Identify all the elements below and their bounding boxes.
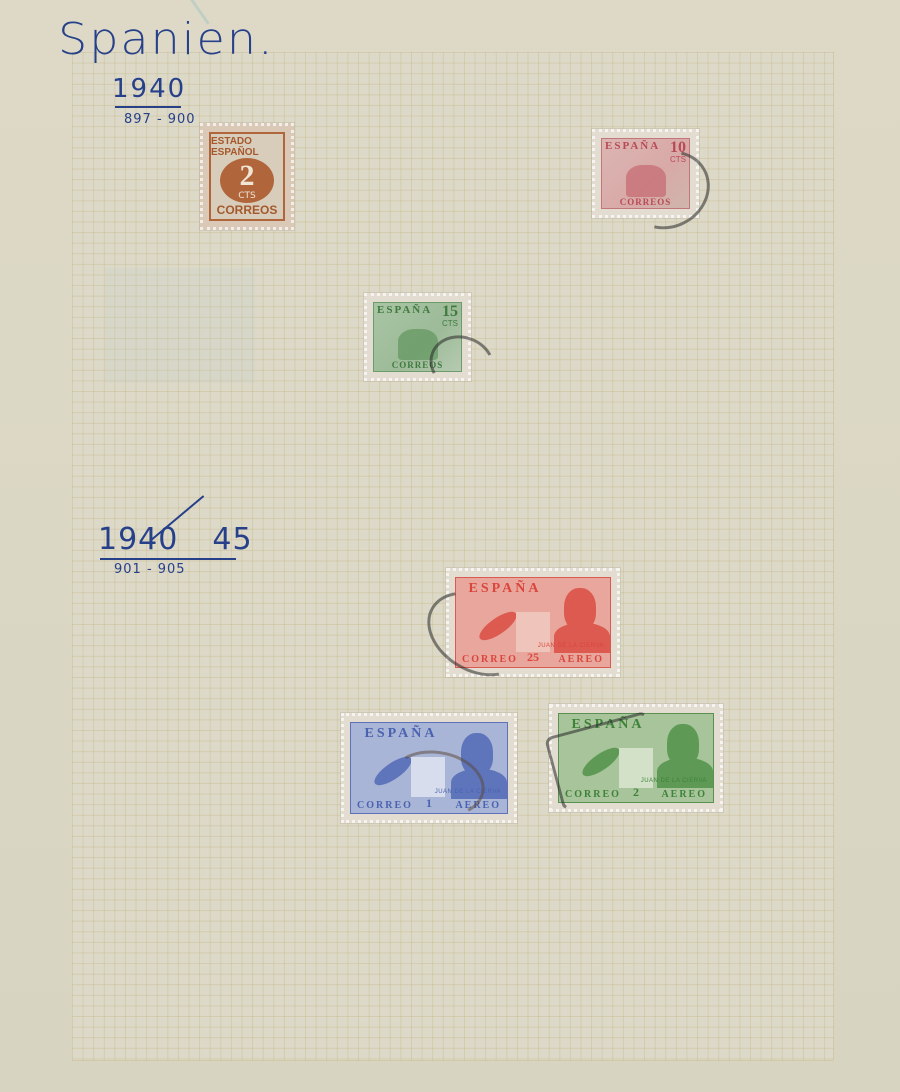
stamp-footer: CORREOS xyxy=(217,203,278,217)
stamp-10-cts[interactable]: ESPAÑA 10 CTS CORREOS xyxy=(592,129,699,218)
year-end: 45 xyxy=(212,522,252,557)
section-year-1940: 1940 xyxy=(112,74,186,104)
portrait-name: JUAN DE LA CIERVA xyxy=(641,778,707,784)
stamp-value: 2 xyxy=(240,161,255,191)
catalog-range-1: 897 - 900 xyxy=(124,112,196,127)
stamp-airmail-green[interactable]: ESPAÑA JUAN DE LA CIERVA CORREO AEREO 2 xyxy=(549,704,723,812)
stamp-2-cts[interactable]: ESTADO ESPAÑOL 2 CTS CORREOS xyxy=(200,123,294,230)
stamp-header: ESPAÑA xyxy=(365,726,438,742)
catalog-range-2: 901 - 905 xyxy=(114,562,186,577)
stamp-header: ESTADO ESPAÑOL xyxy=(211,136,283,158)
stamp-unit: CTS xyxy=(238,191,256,201)
stamp-header: ESPAÑA xyxy=(605,140,660,152)
stamp-15-cts[interactable]: ESPAÑA 15 CTS CORREOS xyxy=(364,293,471,381)
horseman-illustration xyxy=(626,165,666,197)
left-footer: CORREO xyxy=(565,789,621,800)
page-title: Spanien. xyxy=(58,13,275,64)
horseman-illustration xyxy=(398,329,438,360)
stamp-value: 15 xyxy=(442,304,458,320)
stamp-unit: CTS xyxy=(670,156,686,164)
stamp-value: 2 xyxy=(633,785,639,800)
value-circle: 2 CTS xyxy=(220,158,274,203)
year-underline-2 xyxy=(100,558,236,560)
stamp-footer: CORREOS xyxy=(392,360,444,371)
stamp-airmail-red[interactable]: ESPAÑA JUAN DE LA CIERVA CORREO AEREO 25 xyxy=(446,568,620,677)
right-footer: AEREO xyxy=(661,789,707,800)
stamp-header: ESPAÑA xyxy=(377,304,432,316)
album-page: Spanien. 1940 897 - 900 194045 901 - 905… xyxy=(0,0,900,1092)
left-footer: CORREO xyxy=(462,654,518,665)
stamp-value: 10 xyxy=(670,140,686,156)
stamp-header: ESPAÑA xyxy=(572,717,645,733)
year-underline xyxy=(115,106,181,108)
right-footer: AEREO xyxy=(558,654,604,665)
section-year-1940-45: 194045 xyxy=(98,522,253,557)
stamp-value: 1 xyxy=(426,796,432,811)
stamp-airmail-blue[interactable]: ESPAÑA JUAN DE LA CIERVA CORREO AEREO 1 xyxy=(341,713,517,823)
stamp-header: ESPAÑA xyxy=(469,581,542,597)
stamp-value: 25 xyxy=(527,650,539,665)
portrait-name: JUAN DE LA CIERVA xyxy=(538,643,604,649)
portrait-name: JUAN DE LA CIERVA xyxy=(435,789,501,795)
right-footer: AEREO xyxy=(455,800,501,811)
stamp-footer: CORREOS xyxy=(620,197,672,208)
stamp-unit: CTS xyxy=(442,320,458,328)
faint-stain xyxy=(105,268,255,383)
left-footer: CORREO xyxy=(357,800,413,811)
